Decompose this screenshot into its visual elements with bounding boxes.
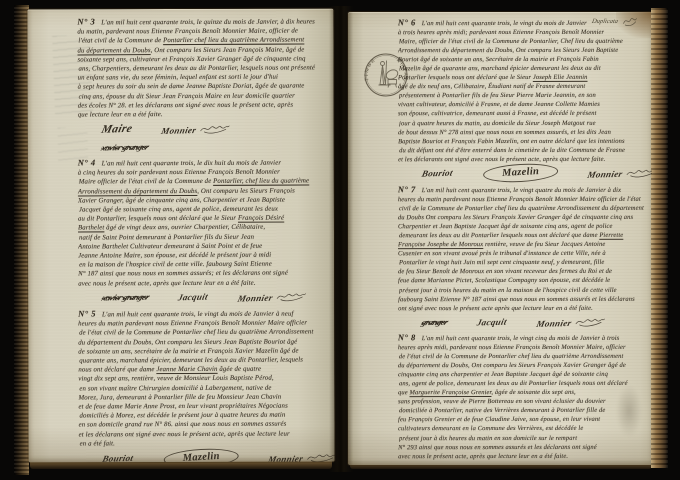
manuscript-line: du dit défunt ont été d'être enterré dan… [399, 145, 650, 154]
manuscript-line: à trois heures après midi; pardevant nou… [398, 28, 649, 37]
top-annotation: Duplicata [592, 14, 638, 28]
paraph-flourish-icon [198, 122, 231, 135]
manuscript-line: Pontarlier le vingt huit Juin mil sept c… [399, 258, 650, 267]
manuscript-line: présentement à Pontarlier fils de feu Si… [399, 91, 650, 100]
manuscript-line: feue dame Marianne Pictet, Scolastique C… [398, 276, 649, 285]
right-page: Duplicata TIMBRE ROYAL N° 6L'an mil huit… [348, 12, 652, 465]
manuscript-line: en a été fait. [80, 438, 333, 448]
manuscript-line: Françoise Josephe de Monroux rentière, v… [398, 240, 649, 249]
signature-mazelin: Mazelin [163, 446, 239, 462]
signature-xavier-granger: xavier granger [100, 293, 151, 303]
manuscript-line: Maire, officier de l'état civil de la Co… [399, 37, 650, 46]
manuscript-line: en son vivant maître Chirurgien domicili… [79, 383, 332, 393]
top-annotation-label: Duplicata [591, 18, 618, 25]
manuscript-line: de l'état civil de la Commune de Pontarl… [79, 328, 332, 338]
manuscript-line: et les déclarants ont signé avec nous le… [398, 154, 649, 163]
timbre-royal-stamp-icon: TIMBRE ROYAL [362, 51, 410, 99]
register-entry-5: N° 5L'an mil huit cent quarante trois, l… [78, 308, 332, 462]
signature-row: xavier grangerJacquitMonnier [398, 461, 649, 465]
register-entry-8: N° 8L'an mil huit cent quarante trois, l… [398, 333, 649, 465]
manuscript-line: présent jour à trois heures du matin en … [399, 285, 650, 294]
paraph-flourish-icon [594, 463, 627, 465]
entry-number: N° 7 [398, 185, 416, 194]
entry-number: N° 3 [77, 16, 95, 26]
manuscript-line: Arrondissement du département du Doubs, … [398, 46, 649, 55]
manuscript-line: présent jour à dix heures du matin en so… [399, 434, 650, 443]
signature-monnier: Monnier [557, 463, 628, 465]
paraph-flourish-icon [305, 450, 335, 462]
signature-bouriot: Bouriot [421, 168, 454, 179]
left-page-text: N° 3L'an mil huit cent quarante trois, l… [27, 9, 334, 463]
signature-row: xavier grangerJacquitMonnier [78, 287, 331, 306]
register-entry-4: N° 4L'an mil huit cent quarante trois, l… [78, 158, 332, 307]
manuscript-line: Jacquet âgé de soixante cinq ans, agent … [79, 205, 332, 215]
register-entry-3: N° 3L'an mil huit cent quarante trois, l… [77, 16, 331, 155]
register-entry-7: N° 7L'an mil huit cent quarante trois, l… [398, 185, 649, 331]
manuscript-line: Baptiste Bouriot et François Fabin Mazel… [398, 136, 649, 145]
manuscript-line: cinq ans, épouse du dit Sieur Jean Franç… [79, 91, 332, 101]
signature-row: xavier granger [78, 137, 331, 156]
manuscript-line: Maire officier de l'état civil de la Com… [79, 177, 332, 187]
signature-mazelin: Mazelin [482, 162, 558, 184]
manuscript-line: de l'état civil de la Commune de Pontarl… [399, 352, 650, 361]
signature-bouriot: Bouriot [102, 452, 135, 462]
signature-row: MaireMonnier [78, 119, 331, 138]
paraph-flourish-icon [573, 315, 606, 328]
signature-monnier: Monnier [586, 166, 652, 180]
manuscript-line: domiciliée à Pontarlier, native des Verr… [399, 407, 650, 416]
signature-xavier-granger: xavier granger [100, 142, 151, 152]
entry-number: N° 5 [78, 308, 96, 318]
manuscript-line: vivant cultivateur, domicilié à Frasne, … [398, 100, 649, 109]
signature-monnier: Monnier [237, 290, 308, 304]
left-page: N° 3L'an mil huit cent quarante trois, l… [27, 9, 334, 463]
signature-maire: Maire [100, 122, 133, 135]
svg-text:ROYAL: ROYAL [395, 58, 408, 83]
signature-monnier: Monnier [161, 122, 232, 136]
manuscript-line: Mazelin âgé de quarante ans, marchand ép… [399, 64, 650, 73]
register-entry-6: N° 6L'an mil huit cent quarante trois, l… [398, 18, 649, 182]
manuscript-line: Pontarlier lesquels nous ont déclaré que… [398, 73, 649, 82]
manuscript-line: Cusenier en son vivant avoué près le tri… [398, 249, 649, 258]
signature-monnier: Monnier [267, 450, 335, 462]
manuscript-line: ans, agent de police, demeurant les deux… [399, 379, 650, 388]
annotation-paraph-icon [622, 14, 638, 28]
manuscript-line: Bouriot âgé de soixante un ans, Secrétai… [398, 55, 649, 64]
signature-jacquit: Jacquit [177, 292, 209, 303]
manuscript-line: civil de la Commune de Pontarlier chef l… [399, 204, 650, 213]
manuscript-line: de feu Sieur Benoît de Monroux en son vi… [398, 267, 649, 276]
manuscript-line: demeurant les deux au dit Pontarlier les… [399, 231, 650, 240]
signature-monnier: Monnier [535, 315, 606, 329]
manuscript-line: Charpentier et Jean Baptiste Jacquet âgé… [398, 222, 649, 231]
manuscript-line: heures du matin pardevant nous Etienne F… [398, 195, 649, 204]
manuscript-line: natif de Saint Point demeurant à Pontarl… [79, 232, 332, 242]
manuscript-line: ans, Charpentiers, demeurant les deux au… [79, 63, 332, 73]
manuscript-line: N° 7L'an mil huit cent quarante trois, l… [398, 185, 649, 195]
manuscript-line: l'état civil de la Commune de Pontarlier… [78, 36, 331, 46]
entry-number: N° 6 [398, 18, 416, 27]
signature-granger: granger [420, 317, 449, 327]
manuscript-line: quarante ans, marchand épicier, demeuran… [79, 355, 332, 365]
signature-row: grangerJacquitMonnier [398, 312, 649, 330]
register-book-scan: N° 3L'an mil huit cent quarante trois, l… [0, 0, 680, 480]
paraph-flourish-icon [275, 290, 308, 303]
signature-row: BouriotMazelinMonnier [398, 164, 649, 182]
entry-number: N° 8 [398, 333, 416, 342]
signature-jacquit: Jacquit [476, 317, 508, 328]
signature-row: BouriotMazelinMonnier [79, 448, 332, 463]
manuscript-line: son épouse, cultivatrice, demeurant auss… [398, 109, 649, 118]
paraph-flourish-icon [624, 166, 652, 179]
manuscript-line: jour à quatre heures du matin, au domici… [399, 118, 650, 127]
manuscript-line: domiciliés à Morez, est décédée le prése… [80, 411, 333, 421]
manuscript-line: des écoles N° 28. et les déclarans ont s… [78, 100, 331, 110]
manuscript-line: ont signé avec nous le présent acte aprè… [398, 303, 649, 312]
entry-number: N° 4 [78, 158, 96, 168]
manuscript-line: âgé de dix neuf ans, Célibataire, Étudia… [398, 82, 649, 91]
svg-text:TIMBRE: TIMBRE [362, 51, 377, 81]
manuscript-line: de bout dessus N° 278 ainsi que nous nou… [398, 127, 649, 136]
manuscript-line: faubourg Saint Etienne N° 187 ainsi que … [398, 294, 649, 303]
manuscript-line: du Doubs Ont comparu les Sieurs François… [398, 213, 649, 222]
page-stack-edges [651, 8, 668, 468]
manuscript-line: en la maison de l'hospice civil de cette… [79, 260, 332, 270]
